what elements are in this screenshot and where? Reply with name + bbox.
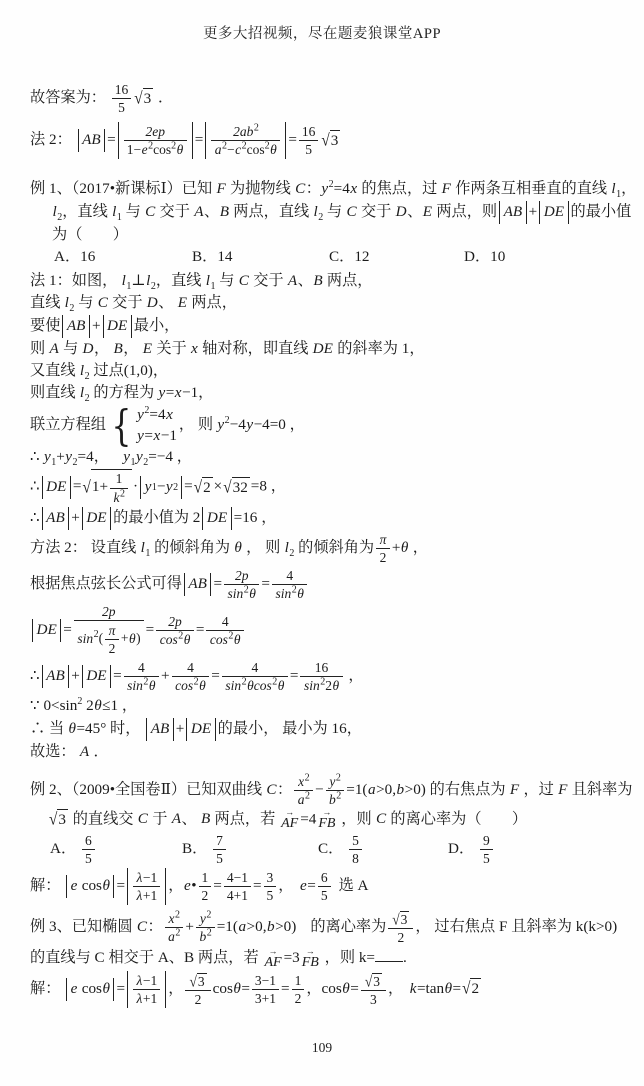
text-run: √3 (361, 972, 386, 991)
text-run: 5 (321, 888, 328, 903)
content-line: 法 1：如图， l1⊥l2，直线 l1 与 C 交于 A、B 两点， (30, 271, 620, 292)
text-run: 则直线 (30, 384, 79, 401)
content-line: 为（ ） (30, 225, 620, 246)
text-run: = (290, 667, 299, 684)
text-run: 与 (215, 272, 238, 289)
text-run: = (213, 877, 222, 894)
text-run: 4 (172, 660, 210, 677)
text-run: = (261, 575, 270, 592)
text-run: 为抛物线 (226, 180, 294, 197)
math-variable: AB (66, 316, 86, 337)
absolute-value: AB (42, 665, 70, 688)
text-run: 3 (58, 811, 66, 828)
fraction: 16sin22θ (300, 660, 342, 693)
content-line: A．16B．14C．12D．10 (30, 247, 620, 268)
math-variable: y (329, 774, 336, 789)
text-run: 2 (203, 479, 211, 496)
section-example1: 例 1、（2017•新课标Ⅰ）已知 F 为抛物线 C：y2=4x 的焦点，过 F… (30, 179, 620, 268)
text-run: 的倾斜角为 (150, 539, 234, 556)
text-run: 2 (292, 990, 305, 1006)
text-run: ≤1 ， (102, 697, 137, 714)
option-item: C．12 (329, 247, 464, 268)
text-run: 联立方程组 (30, 416, 106, 433)
text-run: ， (409, 539, 428, 556)
superscript: 2 (336, 790, 341, 801)
text-run: 7 (213, 833, 226, 850)
fraction: 65 (82, 833, 95, 866)
fraction: √32 (185, 972, 210, 1007)
text-run: A． (50, 840, 80, 857)
text-run: 两点， (188, 294, 237, 311)
math-variable: A (171, 810, 181, 827)
superscript: 2 (175, 928, 180, 939)
text-run: 3 (143, 88, 154, 110)
radical-icon: √ (462, 978, 470, 1001)
math-variable: θ (183, 632, 191, 647)
document-page: 更多大招视频，尽在题麦狼课堂APP 故答案为： 165√3 ．法 2： AB=2… (0, 0, 644, 1086)
math-variable: a (238, 918, 247, 935)
content-line: 的直线与 C 相交于 A、B 两点，若 →AF=3→FB ，则 k=. (30, 947, 620, 970)
text-run: 5 (82, 850, 95, 866)
text-run: 5 (85, 851, 92, 866)
text-run: π (376, 532, 390, 549)
text-run: a2 (165, 928, 184, 944)
text-run: +1 (143, 888, 157, 903)
text-run: 7 (216, 833, 223, 848)
text-run: 选 A (339, 877, 369, 894)
text-run: 解： (30, 980, 64, 997)
text-run: = (184, 478, 193, 495)
math-variable: a (367, 781, 376, 798)
text-run: =45° 时， (76, 720, 144, 737)
text-run: 5 (216, 851, 223, 866)
content-line: ∴DE=√1+1k2·y1−y2=√2×√32=8 ， (30, 469, 620, 505)
math-variable: AB (46, 508, 66, 529)
option-item: A．16 (54, 247, 192, 268)
text-run: cos (247, 142, 265, 157)
text-run: 16 (115, 82, 129, 97)
text-run: y2 (196, 911, 215, 928)
section-example2: 例 2、（2009•全国卷Ⅱ）已知双曲线 C：x2a2−y2b2=1(a>0,b… (30, 773, 620, 906)
fraction: 4cos2θ (172, 660, 210, 693)
text-run: 与 (323, 203, 346, 220)
text-run: = (144, 427, 153, 444)
text-run: =−4 ， (148, 448, 192, 465)
superscript: 2 (120, 488, 125, 499)
text-run: 两点，直线 (229, 203, 313, 220)
content-line: 方法 2： 设直线 l1 的倾斜角为 θ ， 则 l2 的倾斜角为π2+θ ， (30, 531, 620, 566)
fraction: y2b2 (326, 774, 345, 807)
square-root: √1+1k2 (83, 469, 133, 505)
superscript: 2 (207, 928, 212, 939)
absolute-value: AB (62, 315, 90, 338)
radical-icon: √ (134, 87, 142, 110)
math-variable: λ (136, 870, 143, 885)
math-variable: D (395, 203, 407, 220)
radical-icon: √ (321, 130, 329, 153)
text-run: 6 (321, 870, 328, 885)
text-run: + (92, 317, 101, 334)
text-run: 的最小值 (571, 203, 632, 220)
radical-icon: √ (223, 476, 231, 499)
text-run: y2=4xy=x−1 (137, 405, 177, 446)
math-variable: θ (199, 678, 207, 693)
text-run: 4 (138, 660, 145, 675)
math-variable: sin (77, 631, 94, 646)
content-line: ∴ 当 θ=45° 时， AB+DE的最小， 最小为 16， (30, 718, 620, 741)
text-run: • (191, 877, 196, 894)
text-run: =16 ， (234, 509, 277, 526)
text-run: b2 (196, 928, 215, 944)
text-run: ： (277, 781, 292, 798)
text-run: + (176, 720, 185, 737)
text-run: 过点(1,0)， (90, 362, 168, 379)
text-run: 2 (202, 888, 209, 903)
text-run: 的最小， 最小为 16， (218, 720, 362, 737)
math-variable: DE (86, 666, 107, 687)
math-variable: sin (227, 586, 244, 601)
text-run: ， (388, 980, 403, 997)
section-example3: 例 3、已知椭圆 C：x2a2+y2b2=1(a>0,b>0)的离心率为√32，… (30, 909, 620, 1008)
text-run: ( (99, 631, 104, 646)
fraction: 58 (349, 833, 362, 866)
absolute-value: DE (539, 201, 568, 224)
text-run: 、 (158, 294, 177, 311)
text-run: 3 (400, 911, 410, 927)
text-run: 交于 (156, 203, 194, 220)
text-run: 关于 (153, 340, 191, 357)
text-run: ) (136, 631, 141, 646)
content-line: A． 65B． 75C． 58D． 95 (30, 832, 620, 867)
superscript: 2 (175, 910, 180, 921)
math-variable: e (70, 979, 78, 1000)
math-variable: θ (332, 678, 340, 693)
text-run: sin2(π2+θ) (74, 621, 144, 657)
superscript: 2 (254, 123, 259, 134)
text-run: sin2θcos2θ (222, 677, 288, 693)
math-variable: 2p (234, 568, 249, 583)
math-variable: θ (233, 632, 241, 647)
content-line: 根据焦点弦长公式可得AB=2psin2θ=4sin2θ (30, 567, 620, 602)
text-run: = (195, 131, 204, 148)
fraction: 4−14+1 (224, 870, 251, 903)
text-run: 5 (480, 850, 493, 866)
math-variable: θ (176, 142, 184, 157)
text-run: 最小， (134, 317, 180, 334)
text-run: −1 (143, 973, 157, 988)
text-run: 于 (148, 810, 171, 827)
text-run: ∴ (30, 448, 43, 465)
text-run: 交于 (249, 272, 287, 289)
text-run: 法 2： (30, 131, 76, 148)
math-variable: 2p (168, 614, 183, 629)
math-variable: x (298, 774, 305, 789)
text-run: ， (168, 877, 183, 894)
math-variable: k (409, 980, 417, 997)
text-run: = (241, 980, 250, 997)
text-run: D． (448, 840, 478, 857)
math-variable: x (153, 427, 161, 444)
superscript: 2 (305, 790, 310, 801)
text-run: 3 (370, 992, 377, 1007)
text-run: sin2θ (124, 677, 159, 693)
text-run: 与 (59, 340, 82, 357)
text-run: λ−1 (133, 973, 160, 990)
math-variable: λ (136, 991, 143, 1006)
text-run: 5 (318, 887, 331, 903)
math-variable: 2ep (145, 124, 166, 139)
text-run: = (453, 980, 462, 997)
content-line: ∵ 0<sin2 2θ≤1 ， (30, 696, 620, 717)
text-run: 的倾斜角为 (294, 539, 374, 556)
absolute-value: DE (202, 507, 231, 530)
math-variable: AB (150, 719, 170, 740)
text-run: = (350, 980, 359, 997)
text-run: 1+ (92, 479, 108, 496)
content-line: 则 A 与 D， B， E 关于 x 轴对称，即直线 DE 的斜率为 1， (30, 339, 620, 360)
text-run: 轴对称，即直线 (198, 340, 312, 357)
text-run: 3 (330, 130, 341, 152)
fraction: 4sin2θ (272, 568, 307, 601)
fraction: 2psin2(π2+θ) (74, 604, 144, 657)
section-method1: 法 1：如图， l1⊥l2，直线 l1 与 C 交于 A、B 两点，直线 l2 … (30, 271, 620, 529)
math-variable: θcos (247, 678, 273, 693)
text-run: 直线 (30, 294, 64, 311)
text-run: =1( (217, 918, 238, 935)
text-run: 作两条互相垂直的直线 (451, 180, 610, 197)
math-variable: sin (303, 678, 320, 693)
fraction: 4cos2θ (206, 614, 244, 647)
fraction: 165 (112, 82, 132, 115)
math-variable: F (216, 180, 226, 197)
math-variable: AB (82, 130, 102, 151)
math-variable: y (158, 384, 166, 401)
fraction: x2a2 (165, 911, 184, 944)
section-method2: 方法 2： 设直线 l1 的倾斜角为 θ ， 则 l2 的倾斜角为π2+θ ，根… (30, 531, 620, 763)
vector-arrow: →AF (264, 948, 281, 970)
fraction: 165 (299, 124, 319, 157)
text-run: 8 (349, 850, 362, 866)
math-variable: AB (188, 574, 208, 595)
text-run: = (288, 131, 297, 148)
text-run: 2 (397, 930, 404, 945)
math-variable: C (97, 294, 108, 311)
square-root: √3 (365, 973, 382, 989)
radical-icon: √ (49, 809, 57, 832)
text-run: C． (318, 840, 347, 857)
text-run: 3 (197, 973, 207, 989)
superscript: 2 (194, 677, 199, 688)
math-variable: F (509, 781, 519, 798)
text-run: 4 (187, 660, 194, 675)
content-line: 解： e cosθ=λ−1λ+1，√32cosθ=3−13+1=12，cosθ=… (30, 971, 620, 1008)
text-run: 2 (195, 992, 202, 1007)
text-run: + (56, 448, 65, 465)
text-run: 3 (264, 870, 277, 887)
text-run: =8 ， (251, 478, 286, 495)
math-variable: A (49, 340, 59, 357)
text-run: 3 (331, 132, 339, 149)
text-run: 1 (202, 870, 209, 885)
superscript: 2 (265, 141, 270, 152)
fraction: λ−1λ+1 (133, 870, 160, 903)
text-run: 9 (480, 833, 493, 850)
text-run: = (73, 478, 82, 495)
text-run: ，直线 (156, 272, 205, 289)
content-line: 直线 l2 与 C 交于 D、 E 两点， (30, 293, 620, 314)
vector-arrow: →FB (302, 948, 319, 970)
text-run: 1+1k2 (91, 469, 132, 505)
math-variable: F (558, 781, 568, 798)
math-variable: DE (190, 719, 211, 740)
absolute-value: AB (499, 201, 527, 224)
text-run: ∵ 0<sin (30, 697, 77, 714)
text-run: 2ab2 (211, 124, 280, 141)
text-run: + (71, 667, 80, 684)
text-run: ，直线 (62, 203, 111, 220)
text-run: ∴ (30, 667, 40, 684)
text-run: 6 (82, 833, 95, 850)
text-run: 32 (233, 479, 248, 496)
absolute-value: λ−1λ+1 (127, 971, 166, 1008)
math-variable: C (295, 180, 306, 197)
text-run: B．14 (192, 248, 233, 265)
text-run: 2p (156, 614, 194, 631)
text-run: ，cos (306, 980, 341, 997)
math-variable: C (145, 203, 156, 220)
text-run: 则 (30, 340, 49, 357)
math-variable: E (422, 203, 432, 220)
text-run: ， (278, 877, 293, 894)
fraction: 2ab2a2−c2cos2θ (211, 124, 280, 157)
math-variable: sin (127, 678, 144, 693)
radical-icon: √ (392, 911, 399, 928)
text-run: 3 (361, 991, 386, 1007)
text-run: 16 (315, 660, 329, 675)
math-variable: λ (136, 973, 143, 988)
text-run: 解： (30, 877, 64, 894)
math-variable: D (82, 340, 94, 357)
text-run: 1 (110, 471, 128, 488)
text-run: 3 (144, 90, 152, 107)
text-run: ⊥ (131, 272, 145, 289)
math-variable: x (168, 911, 175, 926)
content-line: 要使AB+DE最小， (30, 315, 620, 338)
text-run: k2 (110, 489, 128, 505)
math-variable: θ (94, 697, 102, 714)
math-variable: θ (128, 631, 136, 646)
text-run: 4−1 (227, 870, 248, 885)
square-root: √2 (462, 978, 481, 1000)
fraction: x2a2 (294, 774, 313, 807)
text-run: x2 (165, 911, 184, 928)
text-run: 4 (286, 568, 293, 583)
superscript: 2 (305, 772, 310, 783)
text-run: b2 (326, 791, 345, 807)
math-variable: π (379, 532, 387, 547)
math-variable: C (375, 810, 386, 827)
text-run: 3 (372, 973, 382, 989)
fraction: 95 (480, 833, 493, 866)
math-variable: D (146, 294, 158, 311)
text-run: 1 (199, 870, 212, 887)
square-root: √3 (134, 88, 153, 110)
superscript: 2 (336, 772, 341, 783)
text-run: = (113, 667, 122, 684)
math-variable: cos (209, 632, 228, 647)
text-run: +1 (143, 991, 157, 1006)
math-variable: π (108, 623, 116, 638)
absolute-value: λ−1λ+1 (127, 868, 166, 905)
fraction: 2ep1−e2cos2θ (124, 124, 187, 157)
content-line: 故答案为： 165√3 ． (30, 81, 620, 116)
absolute-value: DE (186, 718, 215, 741)
math-variable: b (396, 781, 405, 798)
text-run: 例 1、（2017•新课标Ⅰ）已知 (30, 180, 216, 197)
square-root: √3 (189, 973, 206, 989)
text-run: 与 (74, 294, 97, 311)
radical-icon: √ (189, 973, 196, 990)
absolute-value: y1−y2 (140, 476, 182, 499)
text-run: ， (345, 667, 364, 684)
text-run: √3 (185, 972, 210, 991)
section-answer-block: 故答案为： 165√3 ．法 2： AB=2ep1−e2cos2θ=2ab2a2… (30, 81, 620, 159)
option-item: B．14 (192, 247, 329, 268)
math-variable: C (346, 203, 357, 220)
text-run: cos (153, 142, 171, 157)
text-run: 两点， (323, 272, 372, 289)
text-run: 2 (325, 678, 332, 693)
absolute-value: 2ep1−e2cos2θ (118, 122, 193, 159)
text-run: cos (213, 980, 233, 997)
math-variable: y (165, 477, 173, 498)
text-run: 5 (349, 833, 362, 850)
text-run: y=x−1 (137, 426, 177, 447)
content-line: ∴AB+DE=4sin2θ+4cos2θ=4sin2θcos2θ=16sin22… (30, 659, 620, 694)
text-run: 的斜率为 1， (333, 340, 424, 357)
text-run: 的最小值为 2 (113, 509, 200, 526)
brace-icon: { (111, 408, 131, 444)
text-run: sin22θ (300, 677, 342, 693)
fraction: y2b2 (196, 911, 215, 944)
text-run: 4 (222, 660, 288, 677)
fraction: 65 (318, 870, 331, 903)
math-variable: B (313, 272, 323, 289)
math-variable: θ (277, 678, 285, 693)
text-run: sin2θ (272, 585, 307, 601)
math-variable: AB (503, 202, 523, 223)
text-run: 、 (298, 272, 313, 289)
text-run: ． (90, 743, 109, 760)
math-variable: e (70, 876, 78, 897)
text-run: >0) (275, 918, 296, 935)
text-run: = (146, 621, 155, 638)
text-run: 的焦点，过 (358, 180, 442, 197)
content-line: 例 3、已知椭圆 C：x2a2+y2b2=1(a>0,b>0)的离心率为√32，… (30, 909, 620, 946)
fraction: 2pcos2θ (156, 614, 194, 647)
text-run: cos2θ (156, 631, 194, 647)
text-run: 的方程为 (90, 384, 158, 401)
text-run: 2p (74, 604, 144, 621)
math-variable: DE (543, 202, 564, 223)
text-run: 2 (376, 549, 390, 565)
text-run: 4 (222, 614, 229, 629)
text-run: 2 (388, 929, 413, 945)
text-run: =4 (300, 810, 316, 827)
text-run: 16 (299, 124, 319, 141)
radical-icon: √ (194, 476, 202, 499)
page-number: 109 (0, 1040, 644, 1056)
